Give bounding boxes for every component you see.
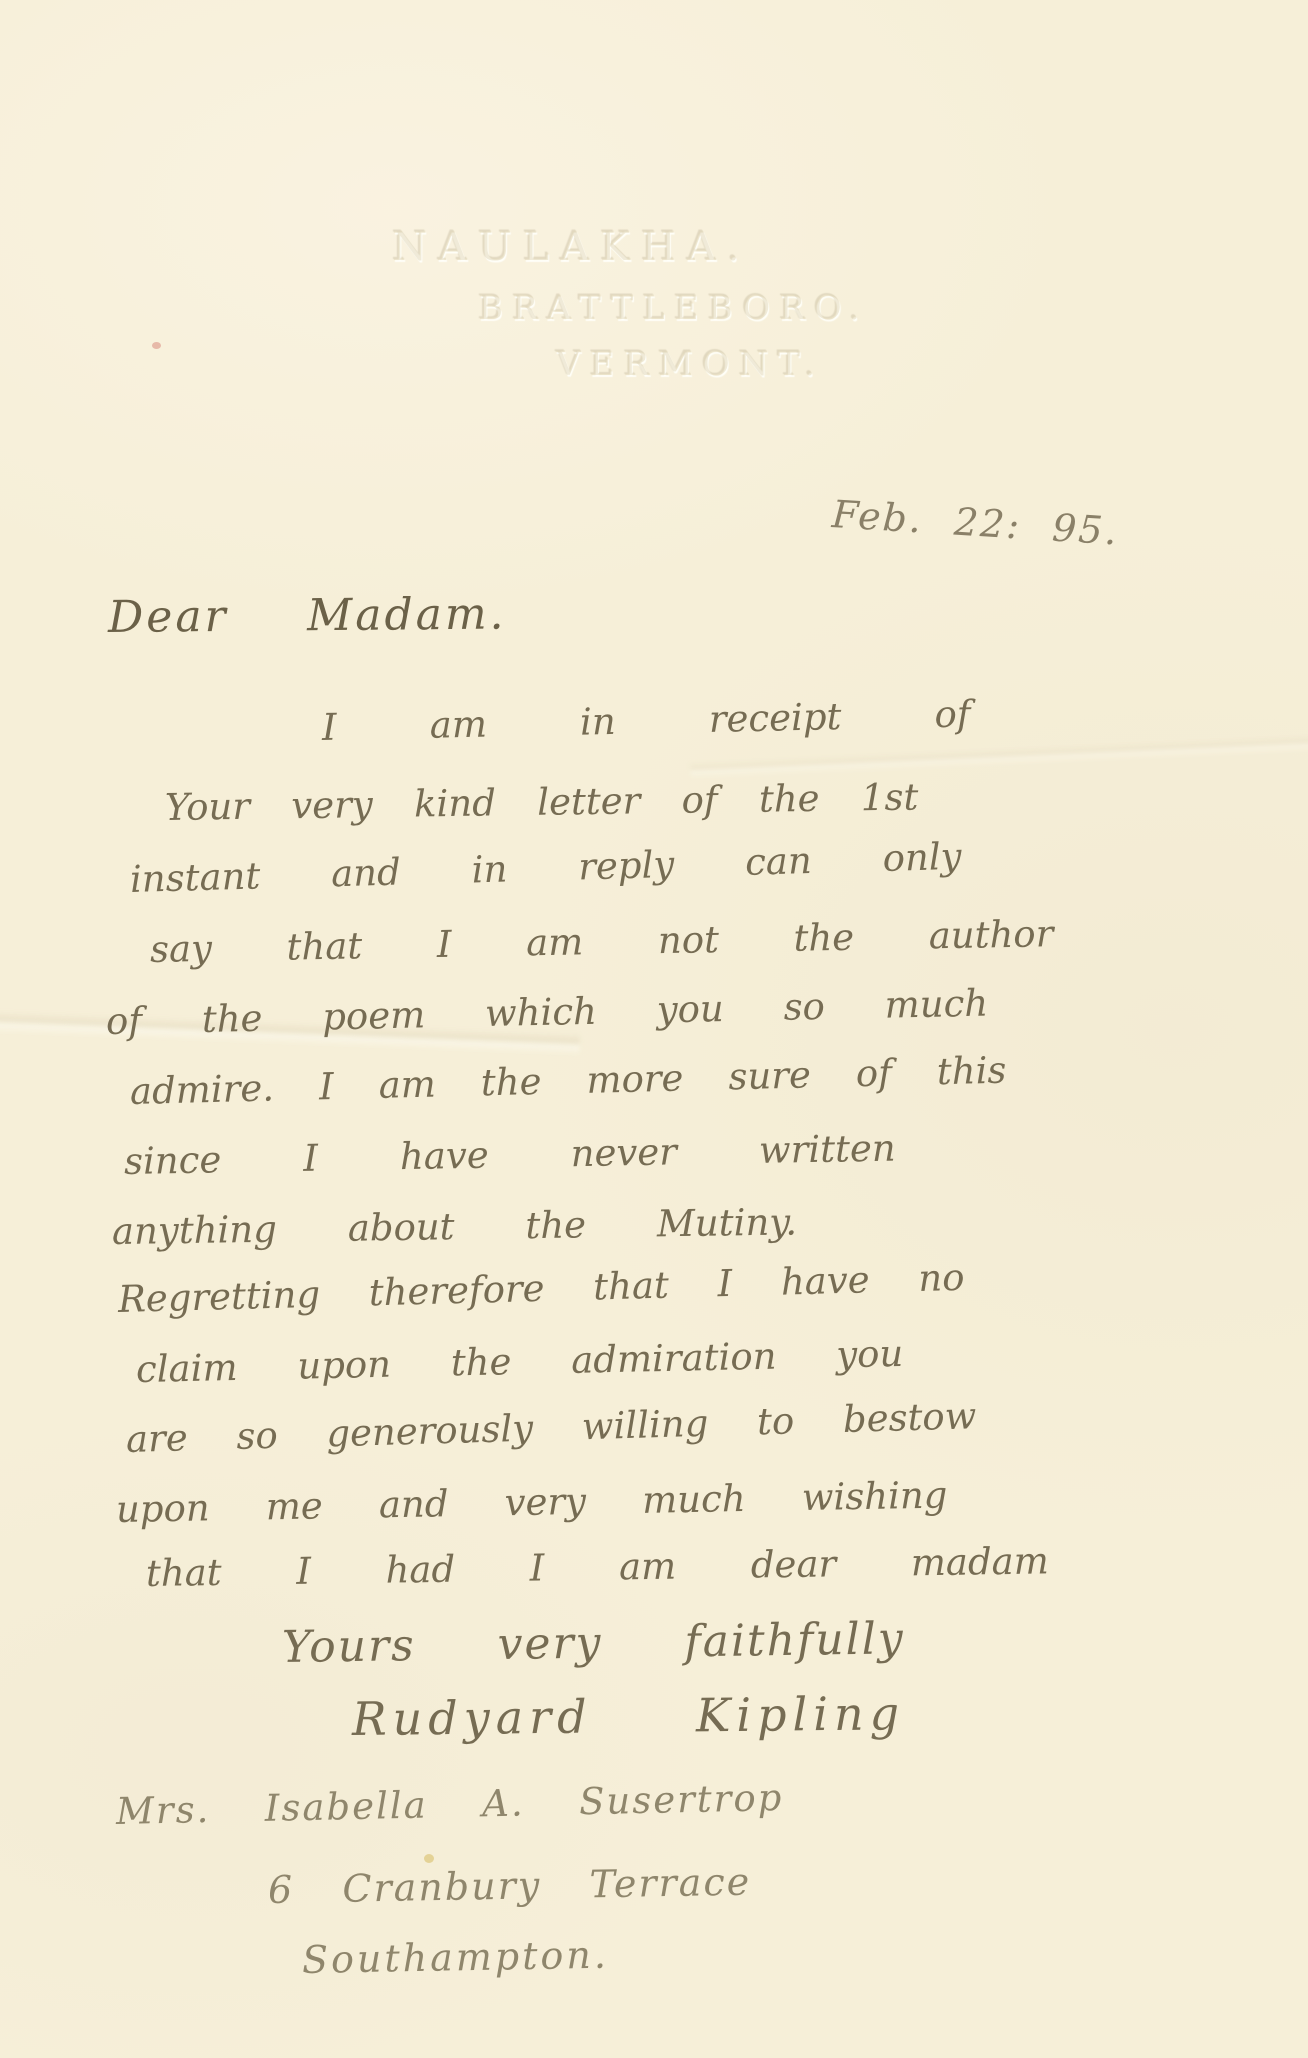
salutation: Dear Madam. <box>108 589 507 643</box>
body-line: that I had I am dear madam <box>146 1539 1049 1595</box>
body-line: are so generously willing to bestow <box>125 1394 976 1461</box>
body-line: of the poem which you so much <box>106 982 989 1043</box>
body-line: since I have never written <box>124 1127 896 1183</box>
recipient-name: Mrs. Isabella A. Susertrop <box>116 1776 784 1833</box>
yellow-speck <box>424 1854 434 1863</box>
body-line: Regretting therefore that I have no <box>117 1256 965 1321</box>
letterhead-state: VERMONT. <box>556 344 824 384</box>
body-line: claim upon the admiration you <box>136 1332 904 1391</box>
letter-page: NAULAKHA. BRATTLEBORO. VERMONT. Feb. 22:… <box>0 0 1308 2058</box>
body-line: instant and in reply can only <box>129 835 962 901</box>
body-line: Your very kind letter of the 1st <box>165 775 919 829</box>
letterhead-house: NAULAKHA. <box>392 224 750 270</box>
letterhead-town: BRATTLEBORO. <box>478 288 868 328</box>
pink-speck <box>152 342 161 349</box>
recipient-street: 6 Cranbury Terrace <box>268 1860 752 1912</box>
body-line: admire. I am the more sure of this <box>129 1049 1006 1113</box>
body-line: upon me and very much wishing <box>116 1473 948 1531</box>
closing: Yours very faithfully <box>282 1613 905 1673</box>
date-line: Feb. 22: 95. <box>831 492 1120 553</box>
signature: Rudyard Kipling <box>352 1686 906 1746</box>
body-line: say that I am not the author <box>150 912 1054 971</box>
body-line: anything about the Mutiny. <box>112 1200 798 1253</box>
recipient-city: Southampton. <box>302 1933 610 1982</box>
body-line: I am in receipt of <box>322 692 971 749</box>
